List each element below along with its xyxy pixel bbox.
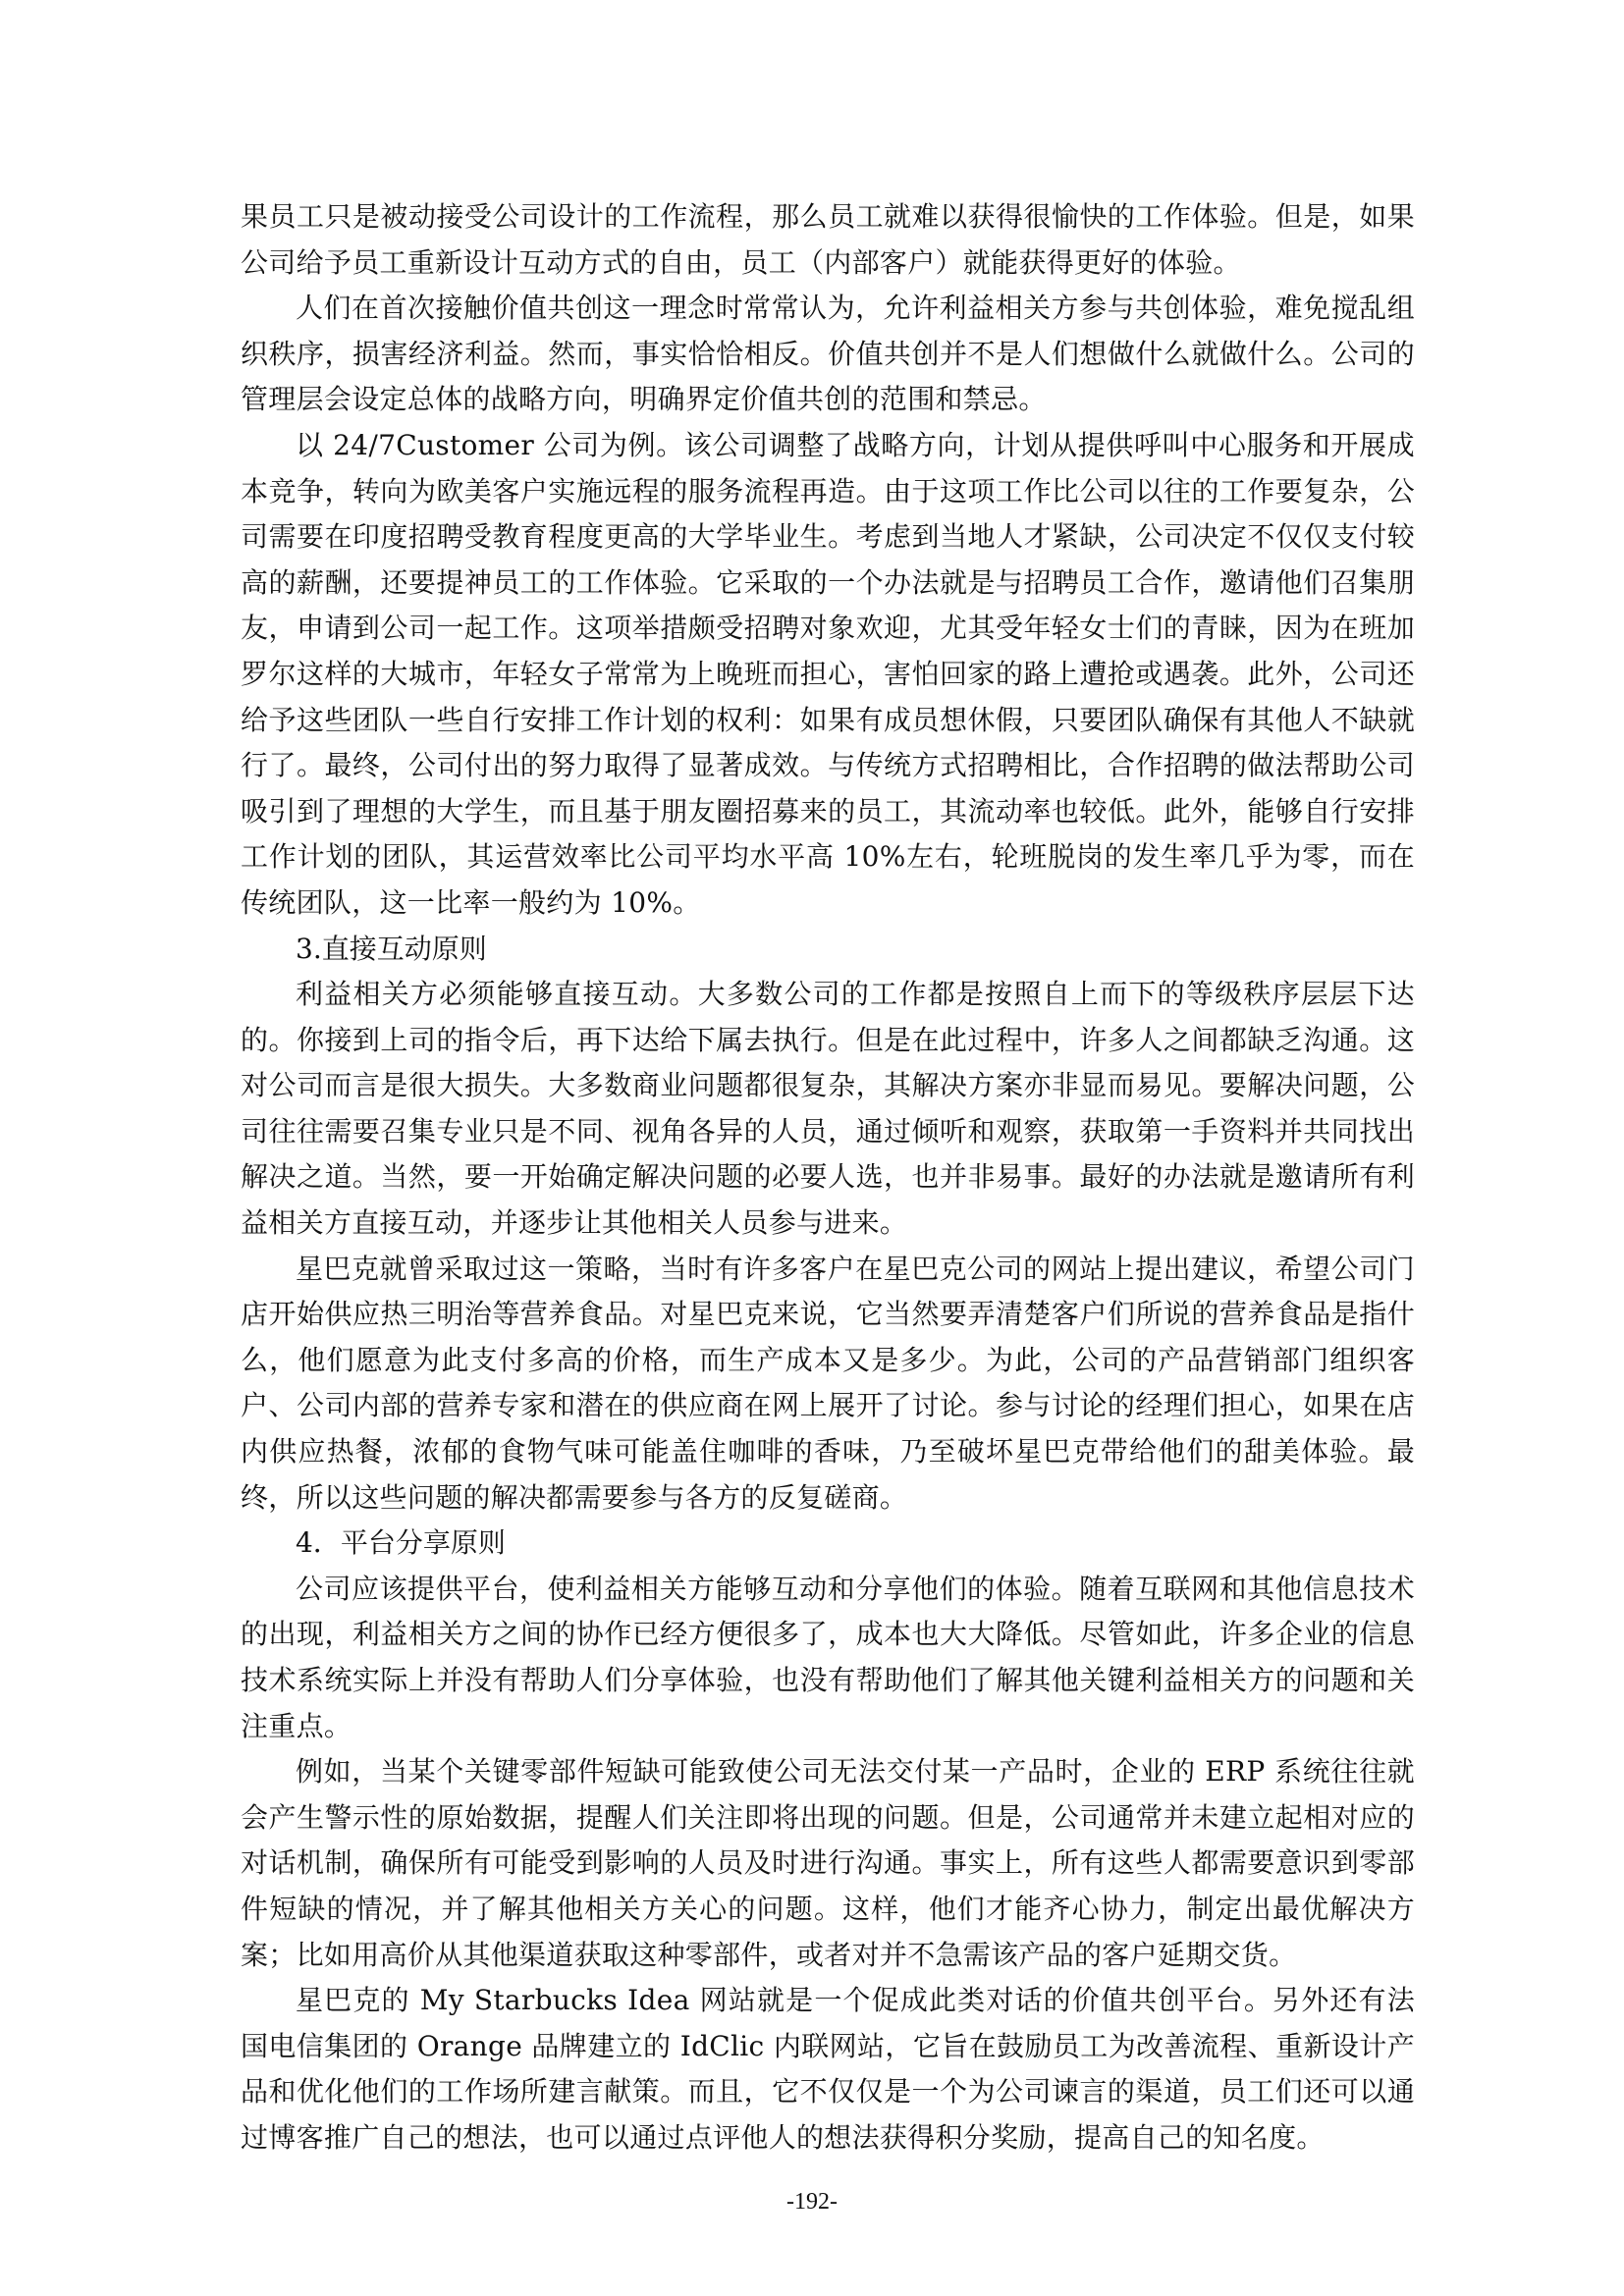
paragraph: 利益相关方必须能够直接互动。大多数公司的工作都是按照自上而下的等级秩序层层下达的… [241,972,1415,1247]
paragraph: 星巴克的 My Starbucks Idea 网站就是一个促成此类对话的价值共创… [241,1978,1415,2161]
section-heading: 4．平台分享原则 [241,1521,1415,1567]
section-heading: 3.直接互动原则 [241,927,1415,973]
paragraph: 星巴克就曾采取过这一策略，当时有许多客户在星巴克公司的网站上提出建议，希望公司门… [241,1247,1415,1522]
page-number: -192- [0,2189,1624,2216]
paragraph: 以 24/7Customer 公司为例。该公司调整了战略方向，计划从提供呼叫中心… [241,423,1415,927]
paragraph: 例如，当某个关键零部件短缺可能致使公司无法交付某一产品时，企业的 ERP 系统往… [241,1749,1415,1978]
paragraph: 人们在首次接触价值共创这一理念时常常认为，允许利益相关方参与共创体验，难免搅乱组… [241,286,1415,423]
paragraph-continuation: 果员工只是被动接受公司设计的工作流程，那么员工就难以获得很愉快的工作体验。但是，… [241,194,1415,286]
page-body: 果员工只是被动接受公司设计的工作流程，那么员工就难以获得很愉快的工作体验。但是，… [241,194,1415,2162]
paragraph: 公司应该提供平台，使利益相关方能够互动和分享他们的体验。随着互联网和其他信息技术… [241,1567,1415,1749]
